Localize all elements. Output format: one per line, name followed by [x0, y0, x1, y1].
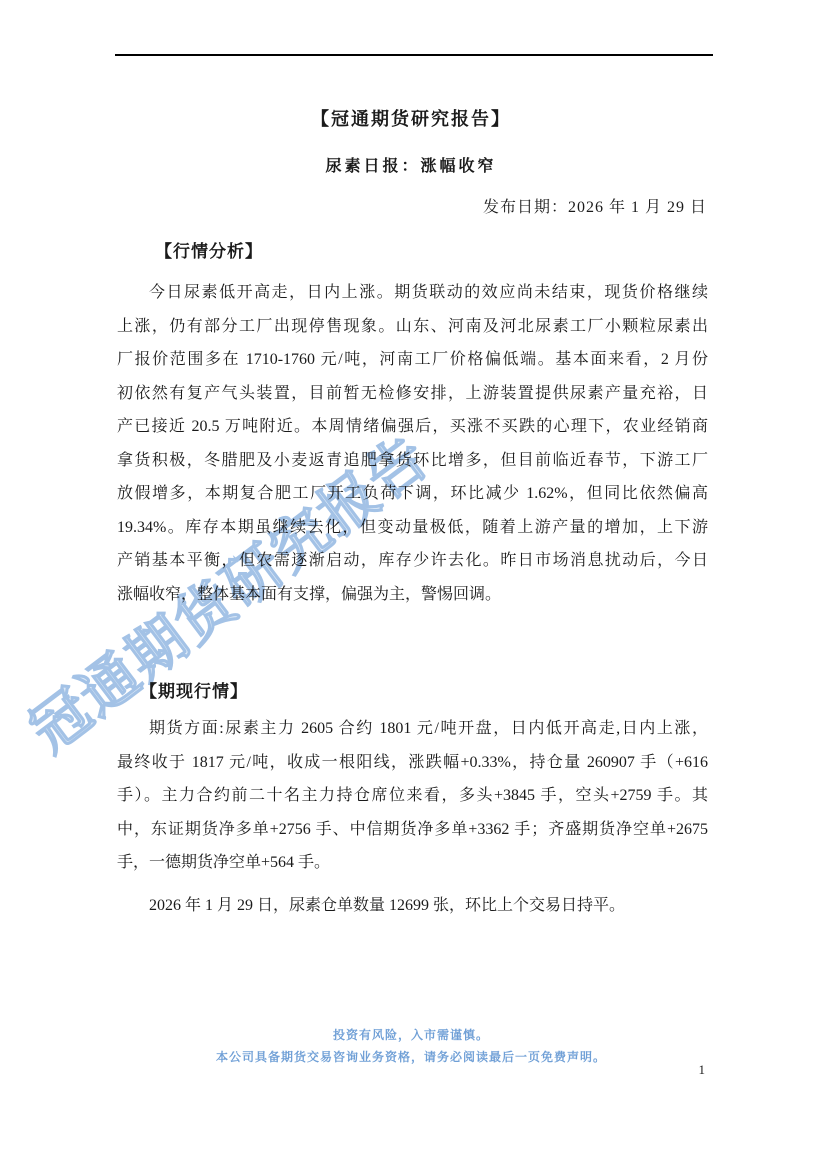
text-line: 上涨，仍有部分工厂出现停售现象。山东、河南及河北尿素工厂小颗粒尿素出 [117, 310, 708, 344]
text-line: 拿货积极，冬腊肥及小麦返青追肥拿货环比增多，但目前临近春节，下游工厂 [117, 444, 708, 478]
text-line: 19.34%。库存本期虽继续去化，但变动量极低，随着上游产量的增加，上下游 [117, 511, 708, 545]
paragraph-market-analysis: 今日尿素低开高走，日内上涨。期货联动的效应尚未结束，现货价格继续上涨，仍有部分工… [117, 276, 708, 611]
text-line: 最终收于 1817 元/吨，收成一根阳线，涨跌幅+0.33%，持仓量 26090… [117, 746, 708, 780]
page-number: 1 [115, 1062, 705, 1078]
report-page: 冠通期货研究报告 【冠通期货研究报告】 尿素日报：涨幅收窄 发布日期：2026 … [0, 0, 826, 1169]
text-line: 期货方面:尿素主力 2605 合约 1801 元/吨开盘，日内低开高走,日内上涨… [117, 712, 708, 746]
text-line: 涨幅收窄，整体基本面有支撑，偏强为主，警惕回调。 [117, 578, 708, 612]
header-rule [115, 54, 713, 56]
section-header-market-analysis: 【行情分析】 [155, 237, 263, 262]
section-header-futures-spot: 【期现行情】 [140, 677, 248, 702]
text-line: 手，一德期货净空单+564 手。 [117, 846, 708, 880]
text-line: 产已接近 20.5 万吨附近。本周情绪偏强后，买涨不买跌的心理下，农业经销商 [117, 410, 708, 444]
text-line: 今日尿素低开高走，日内上涨。期货联动的效应尚未结束，现货价格继续 [117, 276, 708, 310]
paragraph-futures-market: 期货方面:尿素主力 2605 合约 1801 元/吨开盘，日内低开高走,日内上涨… [117, 712, 708, 880]
text-line: 2026 年 1 月 29 日，尿素仓单数量 12699 张，环比上个交易日持平… [117, 889, 708, 923]
publish-date: 发布日期：2026 年 1 月 29 日 [115, 194, 707, 217]
report-title: 【冠通期货研究报告】 [115, 105, 707, 131]
text-line: 中，东证期货净多单+2756 手、中信期货净多单+3362 手；齐盛期货净空单+… [117, 813, 708, 847]
report-subtitle: 尿素日报：涨幅收窄 [115, 153, 707, 176]
text-line: 厂报价范围多在 1710-1760 元/吨，河南工厂价格偏低端。基本面来看，2 … [117, 343, 708, 377]
text-line: 手）。主力合约前二十名主力持仓席位来看，多头+3845 手，空头+2759 手。… [117, 779, 708, 813]
content-layer: 【冠通期货研究报告】 尿素日报：涨幅收窄 发布日期：2026 年 1 月 29 … [0, 0, 826, 1169]
text-line: 初依然有复产气头装置，目前暂无检修安排，上游装置提供尿素产量充裕，日 [117, 377, 708, 411]
paragraph-warehouse-receipts: 2026 年 1 月 29 日，尿素仓单数量 12699 张，环比上个交易日持平… [117, 889, 708, 923]
footer-risk-line: 投资有风险，入市需谨慎。 [115, 1024, 707, 1046]
text-line: 产销基本平衡，但农需逐渐启动，库存少许去化。昨日市场消息扰动后，今日 [117, 544, 708, 578]
text-line: 放假增多，本期复合肥工厂开工负荷下调，环比减少 1.62%，但同比依然偏高 [117, 477, 708, 511]
